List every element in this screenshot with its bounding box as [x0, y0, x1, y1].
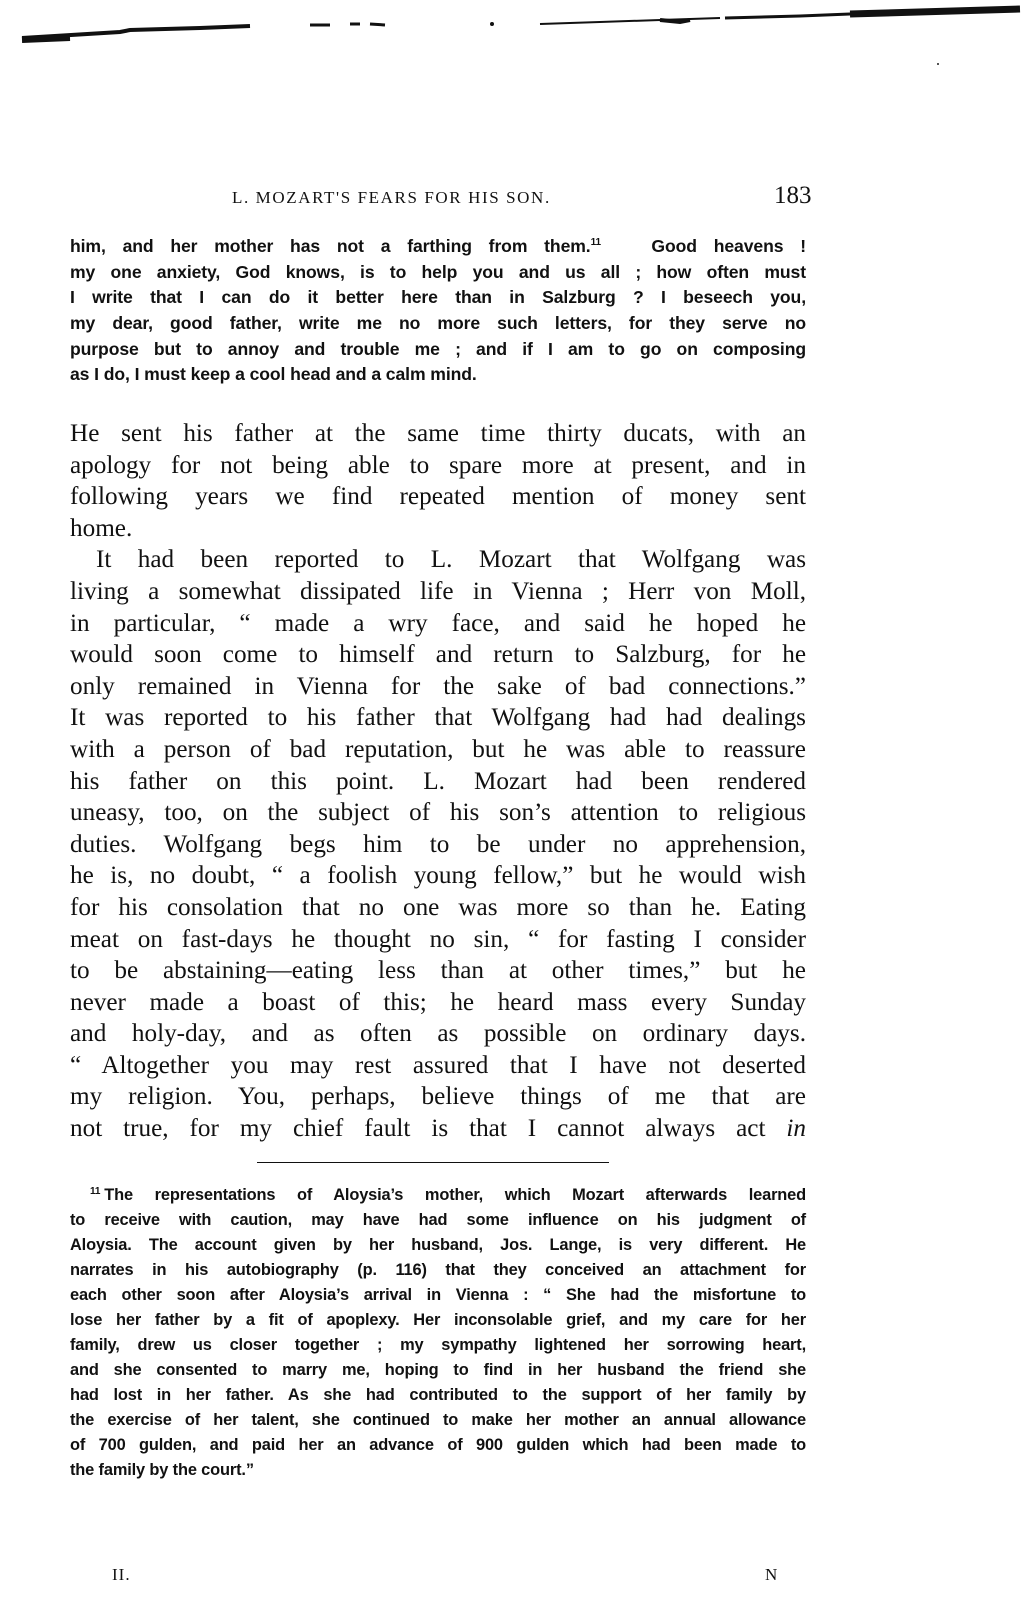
body-line: only remained in Vienna for the sake of … [70, 671, 806, 703]
body-line: would soon come to himself and return to… [70, 639, 806, 671]
body-line: with a person of bad reputation, but he … [70, 734, 806, 766]
body-line: following years we find repeated mention… [70, 481, 806, 513]
paragraph-1: He sent his father at the same time thir… [70, 418, 806, 544]
letter-quote: him, and her mother has not a farthing f… [70, 234, 806, 388]
footnote-line: the family by the court.” [70, 1458, 806, 1483]
running-head: L. MOZART'S FEARS FOR HIS SON. 183 [0, 182, 1034, 212]
footnote-line: to receive with caution, may have had so… [70, 1208, 806, 1233]
body-line: uneasy, too, on the subject of his son’s… [70, 797, 806, 829]
footnote: 11The representations of Aloysia’s mothe… [70, 1183, 806, 1483]
footnote-line: each other soon after Aloysia’s arrival … [70, 1283, 806, 1308]
footnote-line: lose her father by a fit of apoplexy. He… [70, 1308, 806, 1333]
body-line: his father on this point. L. Mozart had … [70, 766, 806, 798]
footnote-rule [257, 1162, 609, 1163]
body-line-text: not true, for my chief fault is that I c… [70, 1115, 765, 1142]
body-line: never made a boast of this; he heard mas… [70, 987, 806, 1019]
letter-line: I write that I can do it better here tha… [70, 285, 806, 311]
body-line: meat on fast-days he thought no sin, “ f… [70, 924, 806, 956]
running-head-title: L. MOZART'S FEARS FOR HIS SON. [232, 188, 551, 208]
body-line: in particular, “ made a wry face, and sa… [70, 608, 806, 640]
footnote-line: narrates in his autobiography (p. 116) t… [70, 1258, 806, 1283]
body-line: duties. Wolfgang begs him to be under no… [70, 829, 806, 861]
body-line: my religion. You, perhaps, believe thing… [70, 1081, 806, 1113]
letter-line: him, and her mother has not a farthing f… [70, 234, 806, 260]
body-line: He sent his father at the same time thir… [70, 418, 806, 450]
body-line: for his consolation that no one was more… [70, 892, 806, 924]
footnote-line: Aloysia. The account given by her husban… [70, 1233, 806, 1258]
page-number: 183 [774, 182, 812, 210]
footnote-line: the exercise of her talent, she continue… [70, 1408, 806, 1433]
letter-line: my dear, good father, write me no more s… [70, 311, 806, 337]
volume-mark: II. [112, 1565, 131, 1585]
paragraph-2: It had been reported to L. Mozart that W… [70, 544, 806, 1144]
footnote-line: and she consented to marry me, hoping to… [70, 1358, 806, 1383]
letter-line: my one anxiety, God knows, is to help yo… [70, 260, 806, 286]
letter-line: purpose but to annoy and trouble me ; an… [70, 337, 806, 363]
body-line: living a somewhat dissipated life in Vie… [70, 576, 806, 608]
letter-line-text: him, and her mother has not a farthing f… [70, 236, 591, 256]
footnote-line: family, drew us closer together ; my sym… [70, 1333, 806, 1358]
footnote-line: had lost in her father. As she had contr… [70, 1383, 806, 1408]
body-line: apology for not being able to spare more… [70, 450, 806, 482]
signature-mark: N [765, 1565, 777, 1585]
footnote-line: 11The representations of Aloysia’s mothe… [70, 1183, 806, 1208]
footnote-line-text: The representations of Aloysia’s mother,… [104, 1186, 806, 1204]
body-line: and holy-day, and as often as possible o… [70, 1018, 806, 1050]
signature-line: II. N [0, 1565, 1034, 1591]
letter-line-tail: Good heavens ! [651, 236, 806, 256]
footnote-line: of 700 gulden, and paid her an advance o… [70, 1433, 806, 1458]
body-line: “ Altogether you may rest assured that I… [70, 1050, 806, 1082]
scan-edge-artifact [0, 0, 1034, 60]
body-line: not true, for my chief fault is that I c… [70, 1113, 806, 1145]
body-line: It was reported to his father that Wolfg… [70, 702, 806, 734]
letter-line: as I do, I must keep a cool head and a c… [70, 362, 806, 388]
body-line: to be abstaining—eating less than at oth… [70, 955, 806, 987]
italic-word: in [786, 1115, 806, 1142]
scan-speck [937, 63, 939, 65]
body-text: He sent his father at the same time thir… [70, 418, 806, 1145]
body-line: home. [70, 513, 806, 545]
footnote-marker: 11 [90, 1186, 100, 1197]
body-line: It had been reported to L. Mozart that W… [70, 544, 806, 576]
body-line: he is, no doubt, “ a foolish young fello… [70, 860, 806, 892]
footnote-reference: 11 [591, 237, 601, 248]
